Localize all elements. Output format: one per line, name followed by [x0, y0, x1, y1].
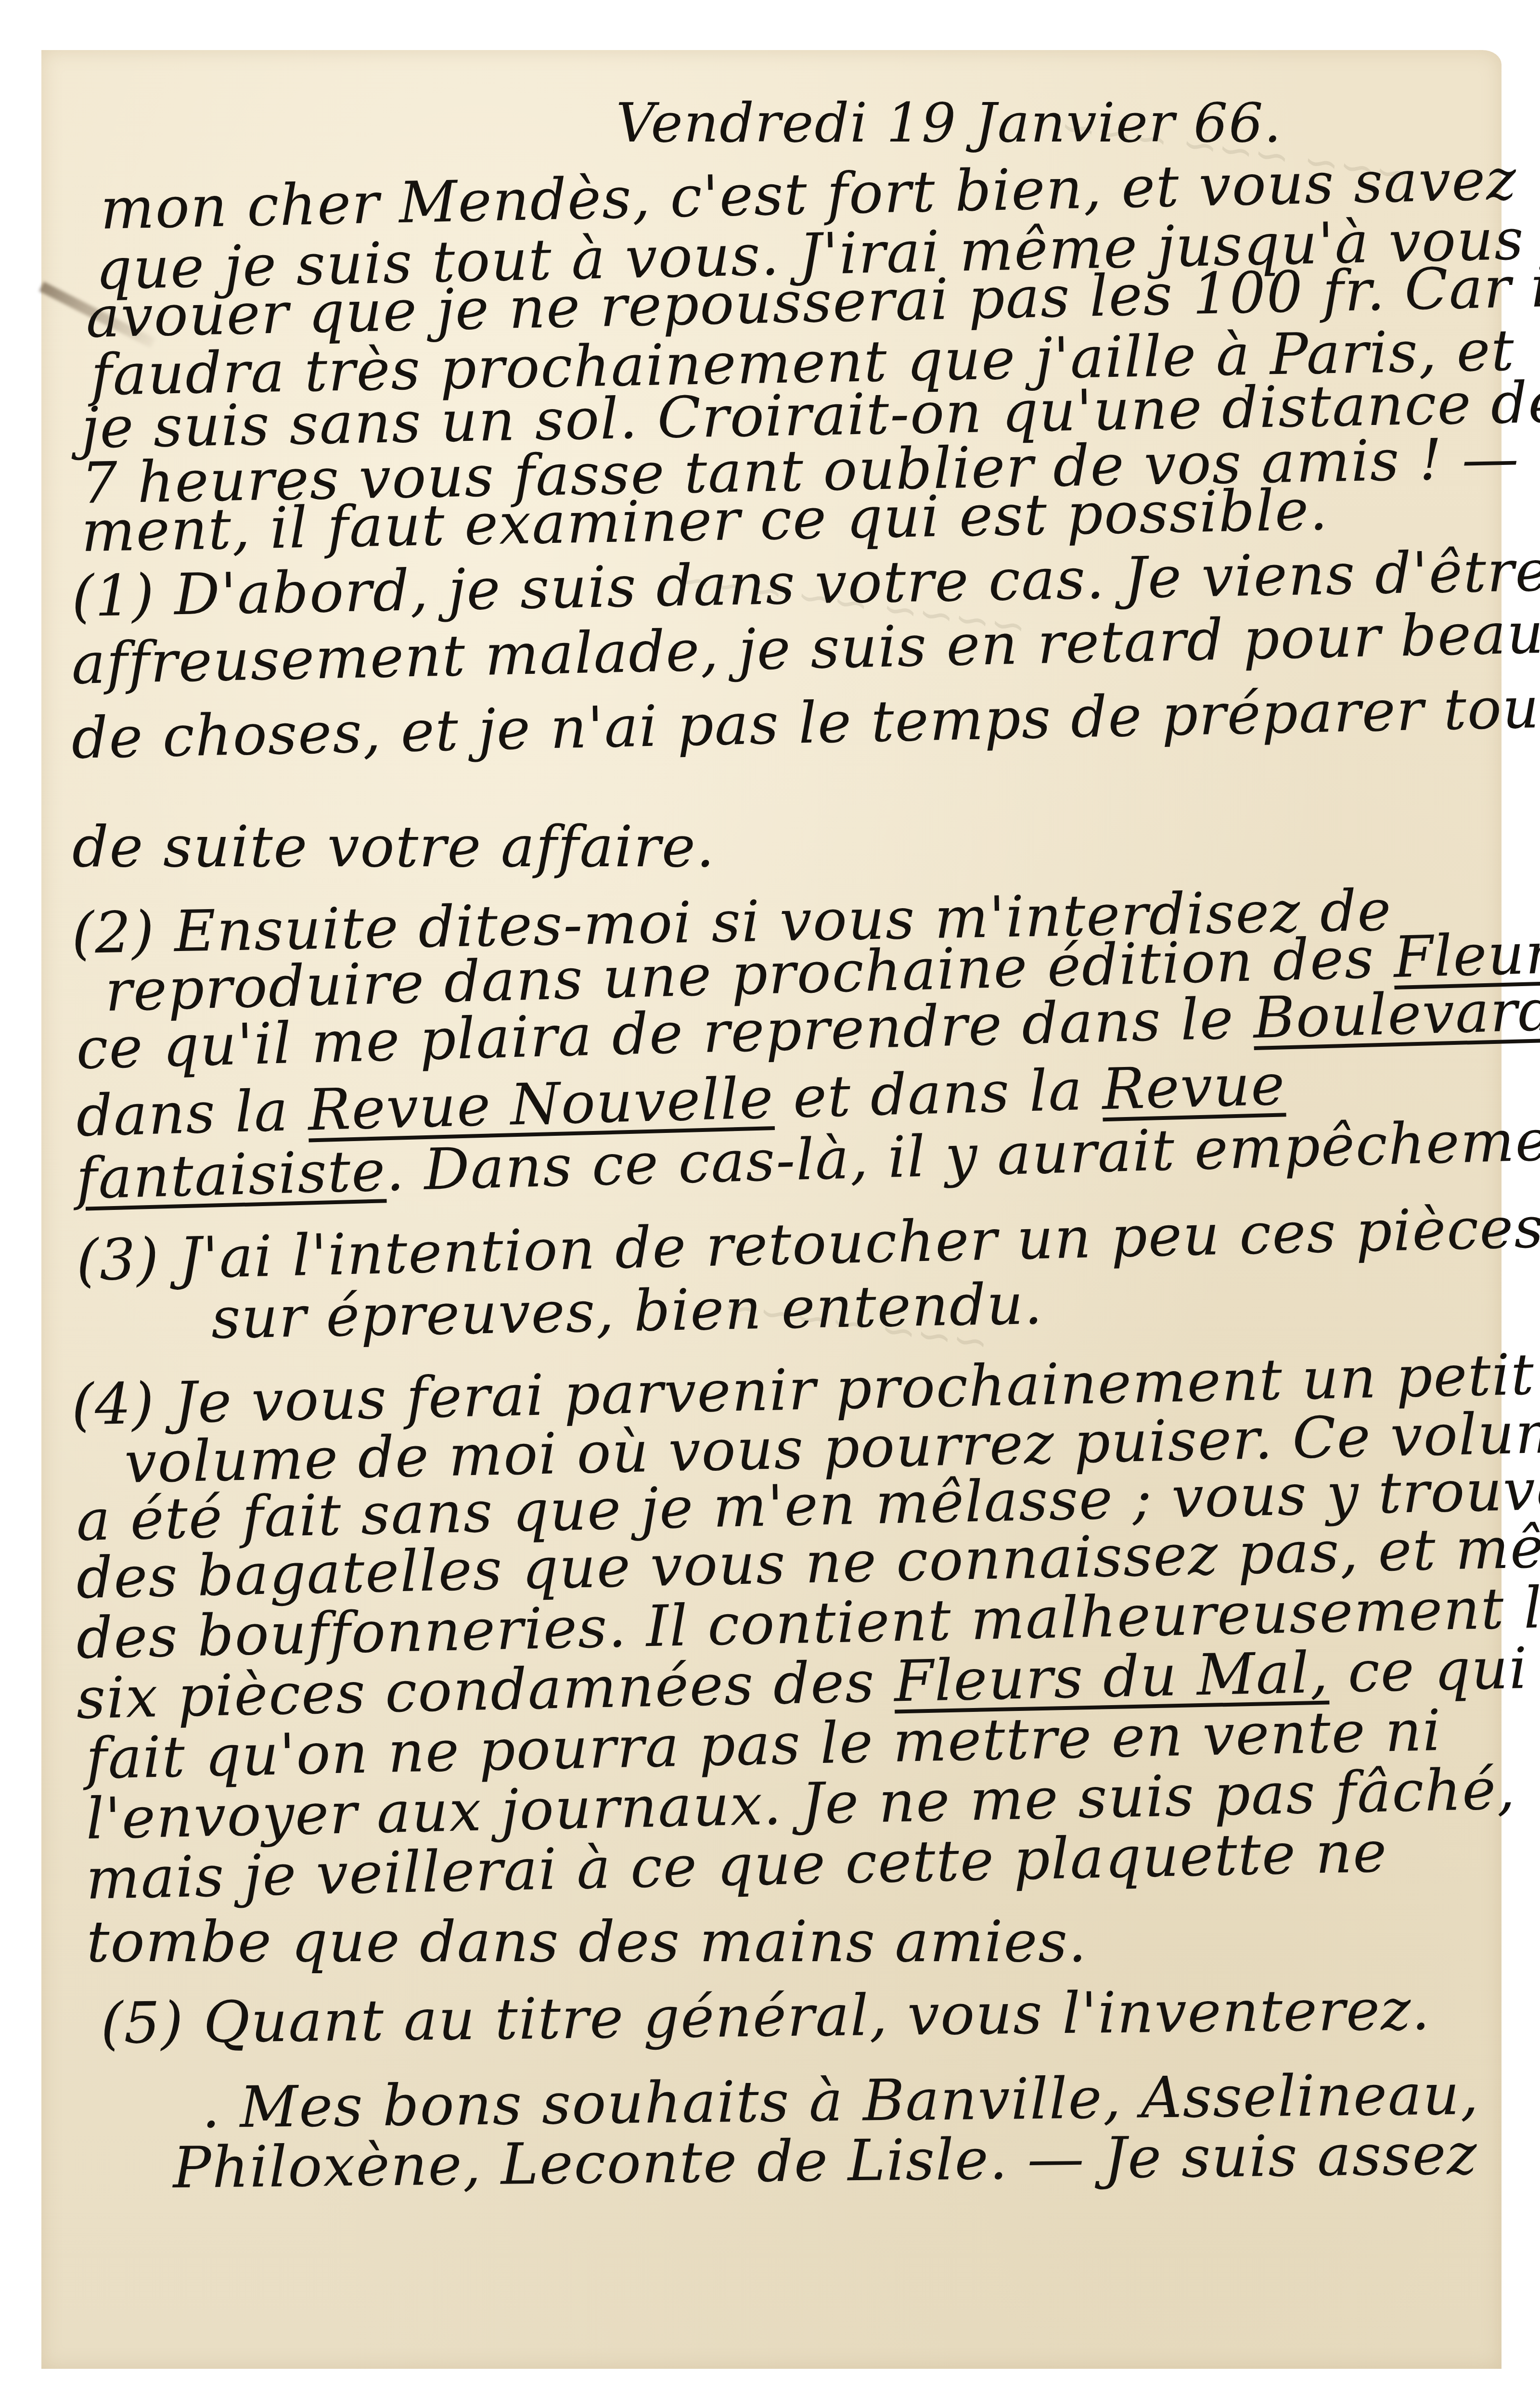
item-number: (1) [71, 566, 155, 625]
item-number: (3) [76, 1230, 160, 1289]
letter-line: tombe que dans des mains amies. [87, 1913, 1087, 1970]
letter-line-item-5: (5)Quant au titre général, vous l'invent… [101, 1981, 1431, 2052]
item-number: (5) [101, 1994, 184, 2052]
underlined-title: fantaisiste [76, 1137, 387, 1212]
item-number: (2) [71, 903, 155, 962]
underlined-title: Revue [1101, 1051, 1286, 1122]
letter-line: sur épreuves, bien entendu. [211, 1275, 1044, 1347]
letter-line: de suite votre affaire. [72, 818, 715, 875]
underlined-title: Boulevard, [1252, 977, 1540, 1051]
letter-date: Vendredi 19 Janvier 66. [616, 96, 1282, 150]
item-number: (4) [71, 1375, 156, 1433]
letter-closing-line: Philoxène, Leconte de Lisle. — Je suis a… [173, 2126, 1478, 2196]
